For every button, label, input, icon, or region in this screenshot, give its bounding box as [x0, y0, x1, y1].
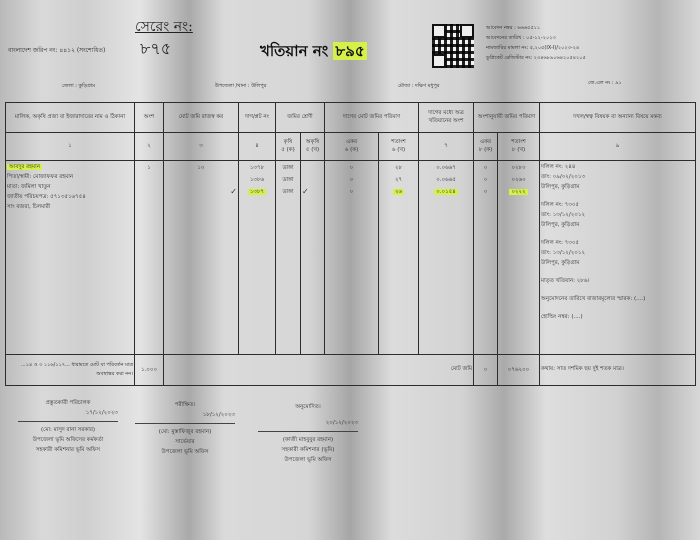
- row-dag: ১৩৭৮: [250, 165, 264, 171]
- owner-father: পিতা/স্বামী: মোজাফফর রহমান: [7, 172, 133, 182]
- row-decimal: ২৭: [395, 177, 402, 183]
- handwritten-serial-value: ৮৭৫: [140, 36, 171, 63]
- nonagri-cell: ✓: [301, 161, 325, 355]
- row-share-acre: ০: [484, 189, 488, 195]
- signature-checked: পরীক্ষিত। ১৮/১২/২০২৩ (মো: মুস্তাফিজুর রহ…: [135, 400, 235, 457]
- row-share-decimal: ০২৬০: [511, 177, 525, 183]
- signature-title: অনুমোদিত।: [258, 402, 358, 412]
- col-number: শতাংশ৮ (খ): [498, 133, 540, 161]
- decimal-cell: ২৮২৭২৬: [379, 161, 419, 355]
- signature-designation: সহকারী কমিশনার (ভূমি): [258, 445, 358, 455]
- row-class: ডাঙ্গা: [283, 189, 294, 195]
- remark-line: মাতৃত খতিয়ান: ২৮৬।: [541, 276, 694, 286]
- row-class: ডাঙ্গা: [283, 177, 294, 183]
- owner-name: আবদুর রহমান: [7, 164, 42, 170]
- header-dag-number: দাগ/প্লট নং: [239, 103, 276, 133]
- decimal-label: শতাংশ: [380, 139, 417, 147]
- remark-line: অনুমোদনের তারিখে বাজারমূল্যের স্মারক: (.…: [541, 294, 694, 304]
- footer-share: ১.০০০: [135, 355, 164, 386]
- row-khatian-share: ০.০৬৬৫: [436, 177, 456, 183]
- col-number-8b: ৮ (খ): [499, 147, 538, 155]
- row-acre: ০: [350, 189, 354, 195]
- remark-line: তাং: ১৩/১২/২০১২: [541, 210, 694, 220]
- signature-name: (কাজী মাহবুবুর রহমান): [258, 435, 358, 445]
- signature-office: উপজেলা ভূমি অফিস: [258, 455, 358, 465]
- check-mark-icon: ✓: [165, 186, 237, 198]
- signature-name: (মো: মুস্তাফিজুর রহমান): [135, 427, 235, 437]
- remark-line: তাং: ০৯/০২/২০১৩: [541, 172, 694, 182]
- row-acre: ০: [350, 165, 354, 171]
- register-number: ডুপ্লিকেট রেজিস্টার নং: ২৩৪৬৮৯০৬৪২০৫৪২০৫: [486, 53, 586, 63]
- application-date: আবেদনের তারিখ : ০৫-১২-২০২৩: [486, 33, 586, 43]
- acre-cell: ০০০: [325, 161, 379, 355]
- col-number-8a: ৮ (ক): [475, 147, 496, 155]
- header-land-class: জমির শ্রেণী: [276, 103, 325, 133]
- signature-date: ১৮/১২/২০২৩: [135, 410, 235, 420]
- district: জেলা : কুড়িগ্রাম: [62, 83, 95, 91]
- signature-prepared: প্রস্তুতকারী পরিচালক ১৭/১২/২০২৩ (মো: মাস…: [18, 398, 118, 455]
- header-owner: মালিক, অকৃষি প্রজা বা ইজারাদারের নাম ও ঠ…: [6, 103, 135, 133]
- col-number-6a: ৬ (ক): [326, 147, 377, 155]
- remark-line: উলিপুর, কুড়িগ্রাম: [541, 258, 694, 268]
- remark-line: হোল্ডিং নম্বর: (....): [541, 312, 694, 322]
- title-prefix: খতিয়ান নং: [260, 42, 328, 60]
- signature-title: পরীক্ষিত।: [135, 400, 235, 410]
- header-khatian-share: দাগের মধ্যে অত্র খতিয়ানের অংশ: [419, 103, 474, 133]
- upazila: উপজেলা /থানা : উলিপুর: [215, 83, 266, 91]
- col-number: কৃষি৫ (ক): [276, 133, 301, 161]
- remark-line: দলিল নং: ৭৩০৫: [541, 200, 694, 210]
- data-row: আবদুর রহমান পিতা/স্বামী: মোজাফফর রহমান ম…: [6, 161, 696, 355]
- revenue-value: ১০: [197, 165, 204, 171]
- application-number: আবেদন নম্বর : ৬৬৬৫৫১১: [486, 23, 586, 33]
- row-share-acre: ০: [484, 165, 488, 171]
- col-number-5a: ৫ (ক): [277, 147, 299, 155]
- row-decimal: ২৬: [393, 189, 404, 195]
- qr-code: [432, 24, 474, 68]
- signature-designation: উপজেলা ভূমি অফিসের কর্মকর্তা: [18, 435, 118, 445]
- khatian-share-cell: ০.০৬৬৭০.০৬৬৫০.০১৫৪: [419, 161, 474, 355]
- total-in-words: কথায়: সাত দশমিক ছয় দুই শতক মাত্র।: [540, 355, 696, 386]
- col-number: ৩: [164, 133, 239, 161]
- row-khatian-share: ০.০৬৬৭: [436, 165, 456, 171]
- col-number: শতাংশ৬ (খ): [379, 133, 419, 161]
- col-number: ১: [6, 133, 135, 161]
- agri-label: কৃষি: [277, 139, 299, 147]
- page-title: খতিয়ান নং ৮৯৫: [260, 40, 367, 65]
- signature-date: ১৭/১২/২০২৩: [18, 408, 118, 418]
- col-number: একর৬ (ক): [325, 133, 379, 161]
- header-row: মালিক, অকৃষি প্রজা বা ইজারাদারের নাম ও ঠ…: [6, 103, 696, 133]
- signature-approved: অনুমোদিত। ২০/১২/২০২৩ (কাজী মাহবুবুর রহমা…: [258, 402, 358, 465]
- row-dag: ১৩৮৬: [250, 177, 264, 183]
- col-number-5b: ৫ (খ): [302, 147, 323, 155]
- owner-address: সাং বজরা, চিলমারী: [7, 202, 133, 212]
- share-acre-cell: ০০০: [474, 161, 498, 355]
- header-share: অংশ: [135, 103, 164, 133]
- survey-info: বাংলাদেশ জরিপ নং: ৪৪১২ (সংশোধিত): [8, 45, 105, 56]
- header-revenue: মোট জমি রাজস্ব কর: [164, 103, 239, 133]
- application-info: আবেদন নম্বর : ৬৬৬৫৫১১ আবেদনের তারিখ : ০৫…: [486, 23, 586, 63]
- header-total-land: দাগের মোট জমির পরিমাণ: [325, 103, 419, 133]
- khatian-table: মালিক, অকৃষি প্রজা বা ইজারাদারের নাম ও ঠ…: [5, 102, 696, 386]
- signature-designation: সার্ভেয়ার: [135, 437, 235, 447]
- row-share-decimal: ০২২২: [509, 189, 527, 195]
- signature-office: উপজেলা ভূমি অফিস: [135, 447, 235, 457]
- footer-note: ...১৪ ও ৩ ১১৬/১১৭... ধারামতে মোট বা পরিব…: [6, 355, 135, 386]
- col-number-6b: ৬ (খ): [380, 147, 417, 155]
- header-remarks: দখল/স্বত্ব বিষয়ক বা অন্যান্য বিষয়ে মন্…: [540, 103, 696, 133]
- signature-title: প্রস্তুতকারী পরিচালক: [18, 398, 118, 408]
- col-number: একর৮ (ক): [474, 133, 498, 161]
- total-acre: ০: [474, 355, 498, 386]
- signature-name: (মো: মাসুদ রানা সরকার): [18, 425, 118, 435]
- col-number: ২: [135, 133, 164, 161]
- column-number-row: ১ ২ ৩ ৪ কৃষি৫ (ক) অকৃষি৫ (খ) একর৬ (ক) শত…: [6, 133, 696, 161]
- remark-line: দলিল নং: ৭৩০৫: [541, 238, 694, 248]
- row-decimal: ২৮: [395, 165, 402, 171]
- owner-mother: মাতা: জমিলা খাতুন: [7, 182, 133, 192]
- total-row: ...১৪ ও ৩ ১১৬/১১৭... ধারামতে মোট বা পরিব…: [6, 355, 696, 386]
- row-dag: ১৩৮৭: [248, 189, 266, 195]
- col-number: ৯: [540, 133, 696, 161]
- col-number: ৭: [419, 133, 474, 161]
- share-cell: ১: [135, 161, 164, 355]
- total-decimal: ০৭৬২০০: [498, 355, 540, 386]
- row-share-acre: ০: [484, 177, 488, 183]
- khatian-document: বাংলাদেশ জরিপ নং: ৪৪১২ (সংশোধিত) সেরেং ন…: [0, 0, 700, 540]
- acre-label: একর: [326, 139, 377, 147]
- mouza: মৌজা : দক্ষিণ মধুপুর: [398, 83, 439, 91]
- acre-label: একর: [475, 139, 496, 147]
- remark-line: উলিপুর, কুড়িগ্রাম: [541, 182, 694, 192]
- remark-line: উলিপুর, কুড়িগ্রাম: [541, 220, 694, 230]
- row-khatian-share: ০.০১৫৪: [434, 189, 458, 195]
- land-class-cell: ডাঙ্গাডাঙ্গাডাঙ্গা: [276, 161, 301, 355]
- header-share-land: অংশানুযায়ী জমির পরিমাণ: [474, 103, 540, 133]
- dag-cell: ১৩৭৮১৩৮৬১৩৮৭: [239, 161, 276, 355]
- owner-cell: আবদুর রহমান পিতা/স্বামী: মোজাফফর রহমান ম…: [6, 161, 135, 355]
- nonagri-label: অকৃষি: [302, 139, 323, 147]
- row-acre: ০: [350, 177, 354, 183]
- check-mark-icon: ✓: [302, 186, 323, 198]
- row-class: ডাঙ্গা: [283, 165, 294, 171]
- row-share-decimal: ০২৮০: [511, 165, 525, 171]
- remarks-cell: দলিল নং: ২৪৪তাং: ০৯/০২/২০১৩উলিপুর, কুড়ি…: [540, 161, 696, 355]
- khatian-number: ৮৯৫: [333, 42, 366, 60]
- share-decimal-cell: ০২৮০০২৬০০২২২: [498, 161, 540, 355]
- revenue-cell: ১০✓: [164, 161, 239, 355]
- signature-date: ২০/১২/২০২৩: [258, 418, 358, 428]
- total-label: মোট জমি: [164, 355, 474, 386]
- decimal-label: শতাংশ: [499, 139, 538, 147]
- owner-nid: জাতীয় পরিচয়পত্র: ৫৭১৩৫১৬৭৫৪: [7, 192, 133, 202]
- col-number: ৪: [239, 133, 276, 161]
- col-number: অকৃষি৫ (খ): [301, 133, 325, 161]
- mutation-case-number: নামজারির মামলা নং: ৫,২০৫(IX-I)/২০২৩-২৪: [486, 43, 586, 53]
- jl-number: জে.এল নং : ৯১: [588, 80, 622, 88]
- remark-line: দলিল নং: ২৪৪: [541, 162, 694, 172]
- signature-office: সহকারী কমিশনার ভূমি অফিস: [18, 445, 118, 455]
- remark-line: তাং: ১৩/১২/২০১২: [541, 248, 694, 258]
